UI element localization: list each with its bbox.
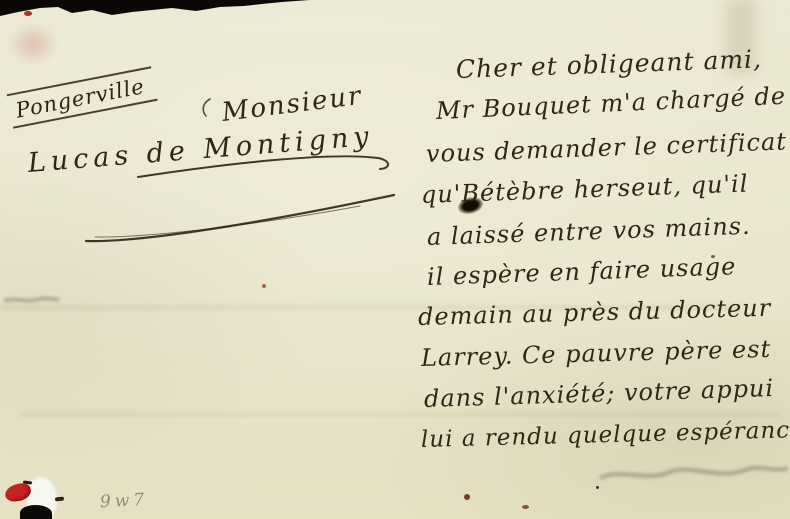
ink-stain-corner bbox=[20, 505, 52, 519]
scan-background: Pongerville Monsieur Lucas de Montigny C… bbox=[0, 0, 790, 519]
foxing-spot bbox=[522, 505, 529, 509]
paper-crease bbox=[20, 413, 780, 416]
ink-speck bbox=[596, 486, 599, 489]
wax-stain-faded bbox=[2, 18, 64, 70]
red-wax-speck bbox=[24, 11, 32, 16]
foxing-spot bbox=[464, 494, 470, 500]
foxing-spot bbox=[262, 284, 266, 288]
pencil-catalogue-note: 9w7 bbox=[100, 490, 149, 512]
